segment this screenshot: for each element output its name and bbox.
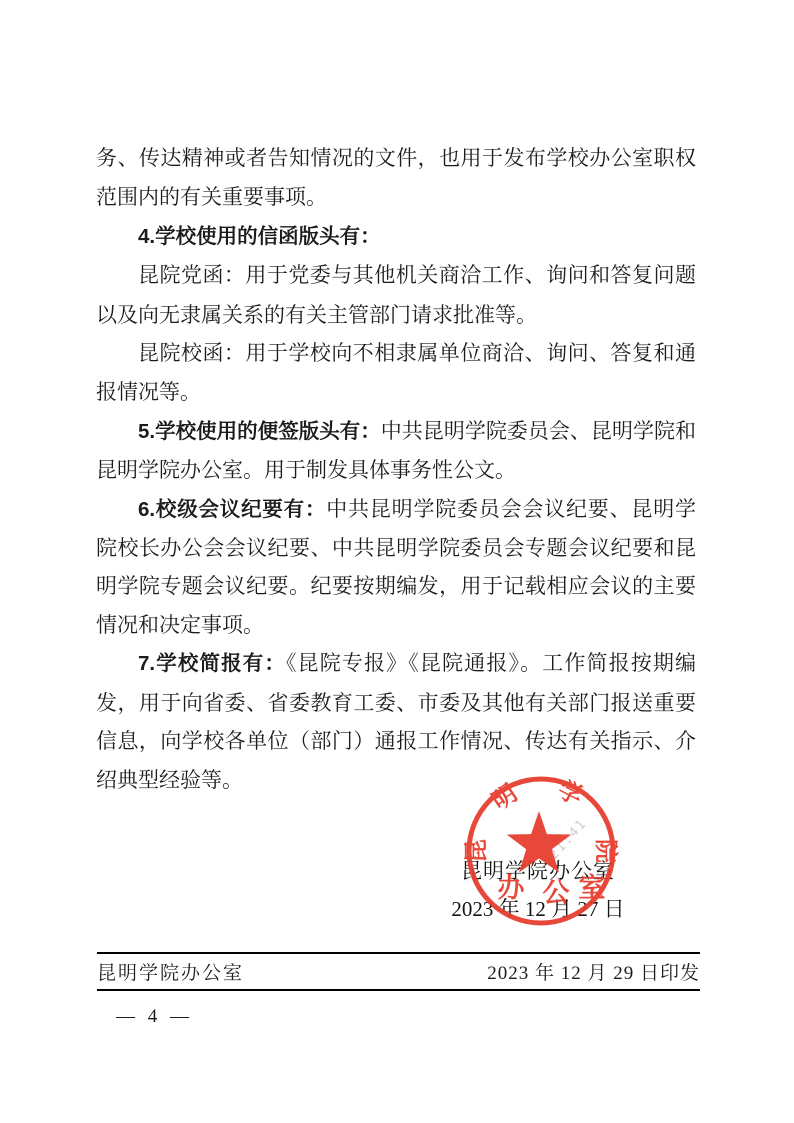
body-paragraph: 6.校级会议纪要有：中共昆明学院委员会会议纪要、昆明学院校长办公会会议纪要、中共… [96, 490, 696, 645]
footer-row: 昆明学院办公室 2023 年 12 月 29 日印发 [97, 955, 700, 988]
document-body: 务、传达精神或者告知情况的文件，也用于发布学校办公室职权范围内的有关重要事项。 … [96, 139, 696, 799]
body-paragraph: 昆院校函：用于学校向不相隶属单位商洽、询问、答复和通报情况等。 [96, 334, 696, 412]
stamp-bottom-char: 办 [498, 873, 526, 903]
footer-top-rule [97, 952, 700, 954]
paragraph-lead: 7.学校简报有： [138, 652, 286, 675]
body-paragraph: 5.学校使用的便签版头有：中共昆明学院委员会、昆明学院和昆明学院办公室。用于制发… [96, 412, 696, 490]
paragraph-text: 昆院党函：用于党委与其他机关商洽工作、询问和答复问题以及向无隶属关系的有关主管部… [96, 263, 696, 326]
paragraph-lead: 4.学校使用的信函版头有： [138, 225, 381, 248]
official-seal-stamp: 昆 明 学 院 办 公 室 [453, 763, 633, 943]
footer-issuer: 昆明学院办公室 [97, 958, 244, 985]
document-page: 务、传达精神或者告知情况的文件，也用于发布学校办公室职权范围内的有关重要事项。 … [0, 0, 794, 1123]
paragraph-lead: 6.校级会议纪要有： [138, 498, 326, 521]
stamp-bottom-char: 公 [543, 878, 570, 908]
stamp-bottom-char: 室 [579, 873, 606, 903]
body-paragraph: 务、传达精神或者告知情况的文件，也用于发布学校办公室职权范围内的有关重要事项。 [96, 139, 696, 217]
body-paragraph: 昆院党函：用于党委与其他机关商洽工作、询问和答复问题以及向无隶属关系的有关主管部… [96, 256, 696, 334]
paragraph-text: 昆院校函：用于学校向不相隶属单位商洽、询问、答复和通报情况等。 [96, 341, 696, 404]
footer-print-date: 2023 年 12 月 29 日印发 [487, 958, 700, 985]
stamp-ring-char: 院 [592, 839, 619, 863]
footer-bottom-rule [97, 989, 700, 991]
body-paragraph: 4.学校使用的信函版头有： [96, 217, 696, 256]
paragraph-text: 务、传达精神或者告知情况的文件，也用于发布学校办公室职权范围内的有关重要事项。 [96, 146, 696, 209]
stamp-ring-char: 昆 [463, 839, 490, 863]
star-icon [507, 811, 572, 873]
page-number: — 4 — [116, 1006, 193, 1028]
paragraph-lead: 5.学校使用的便签版头有： [138, 420, 381, 443]
